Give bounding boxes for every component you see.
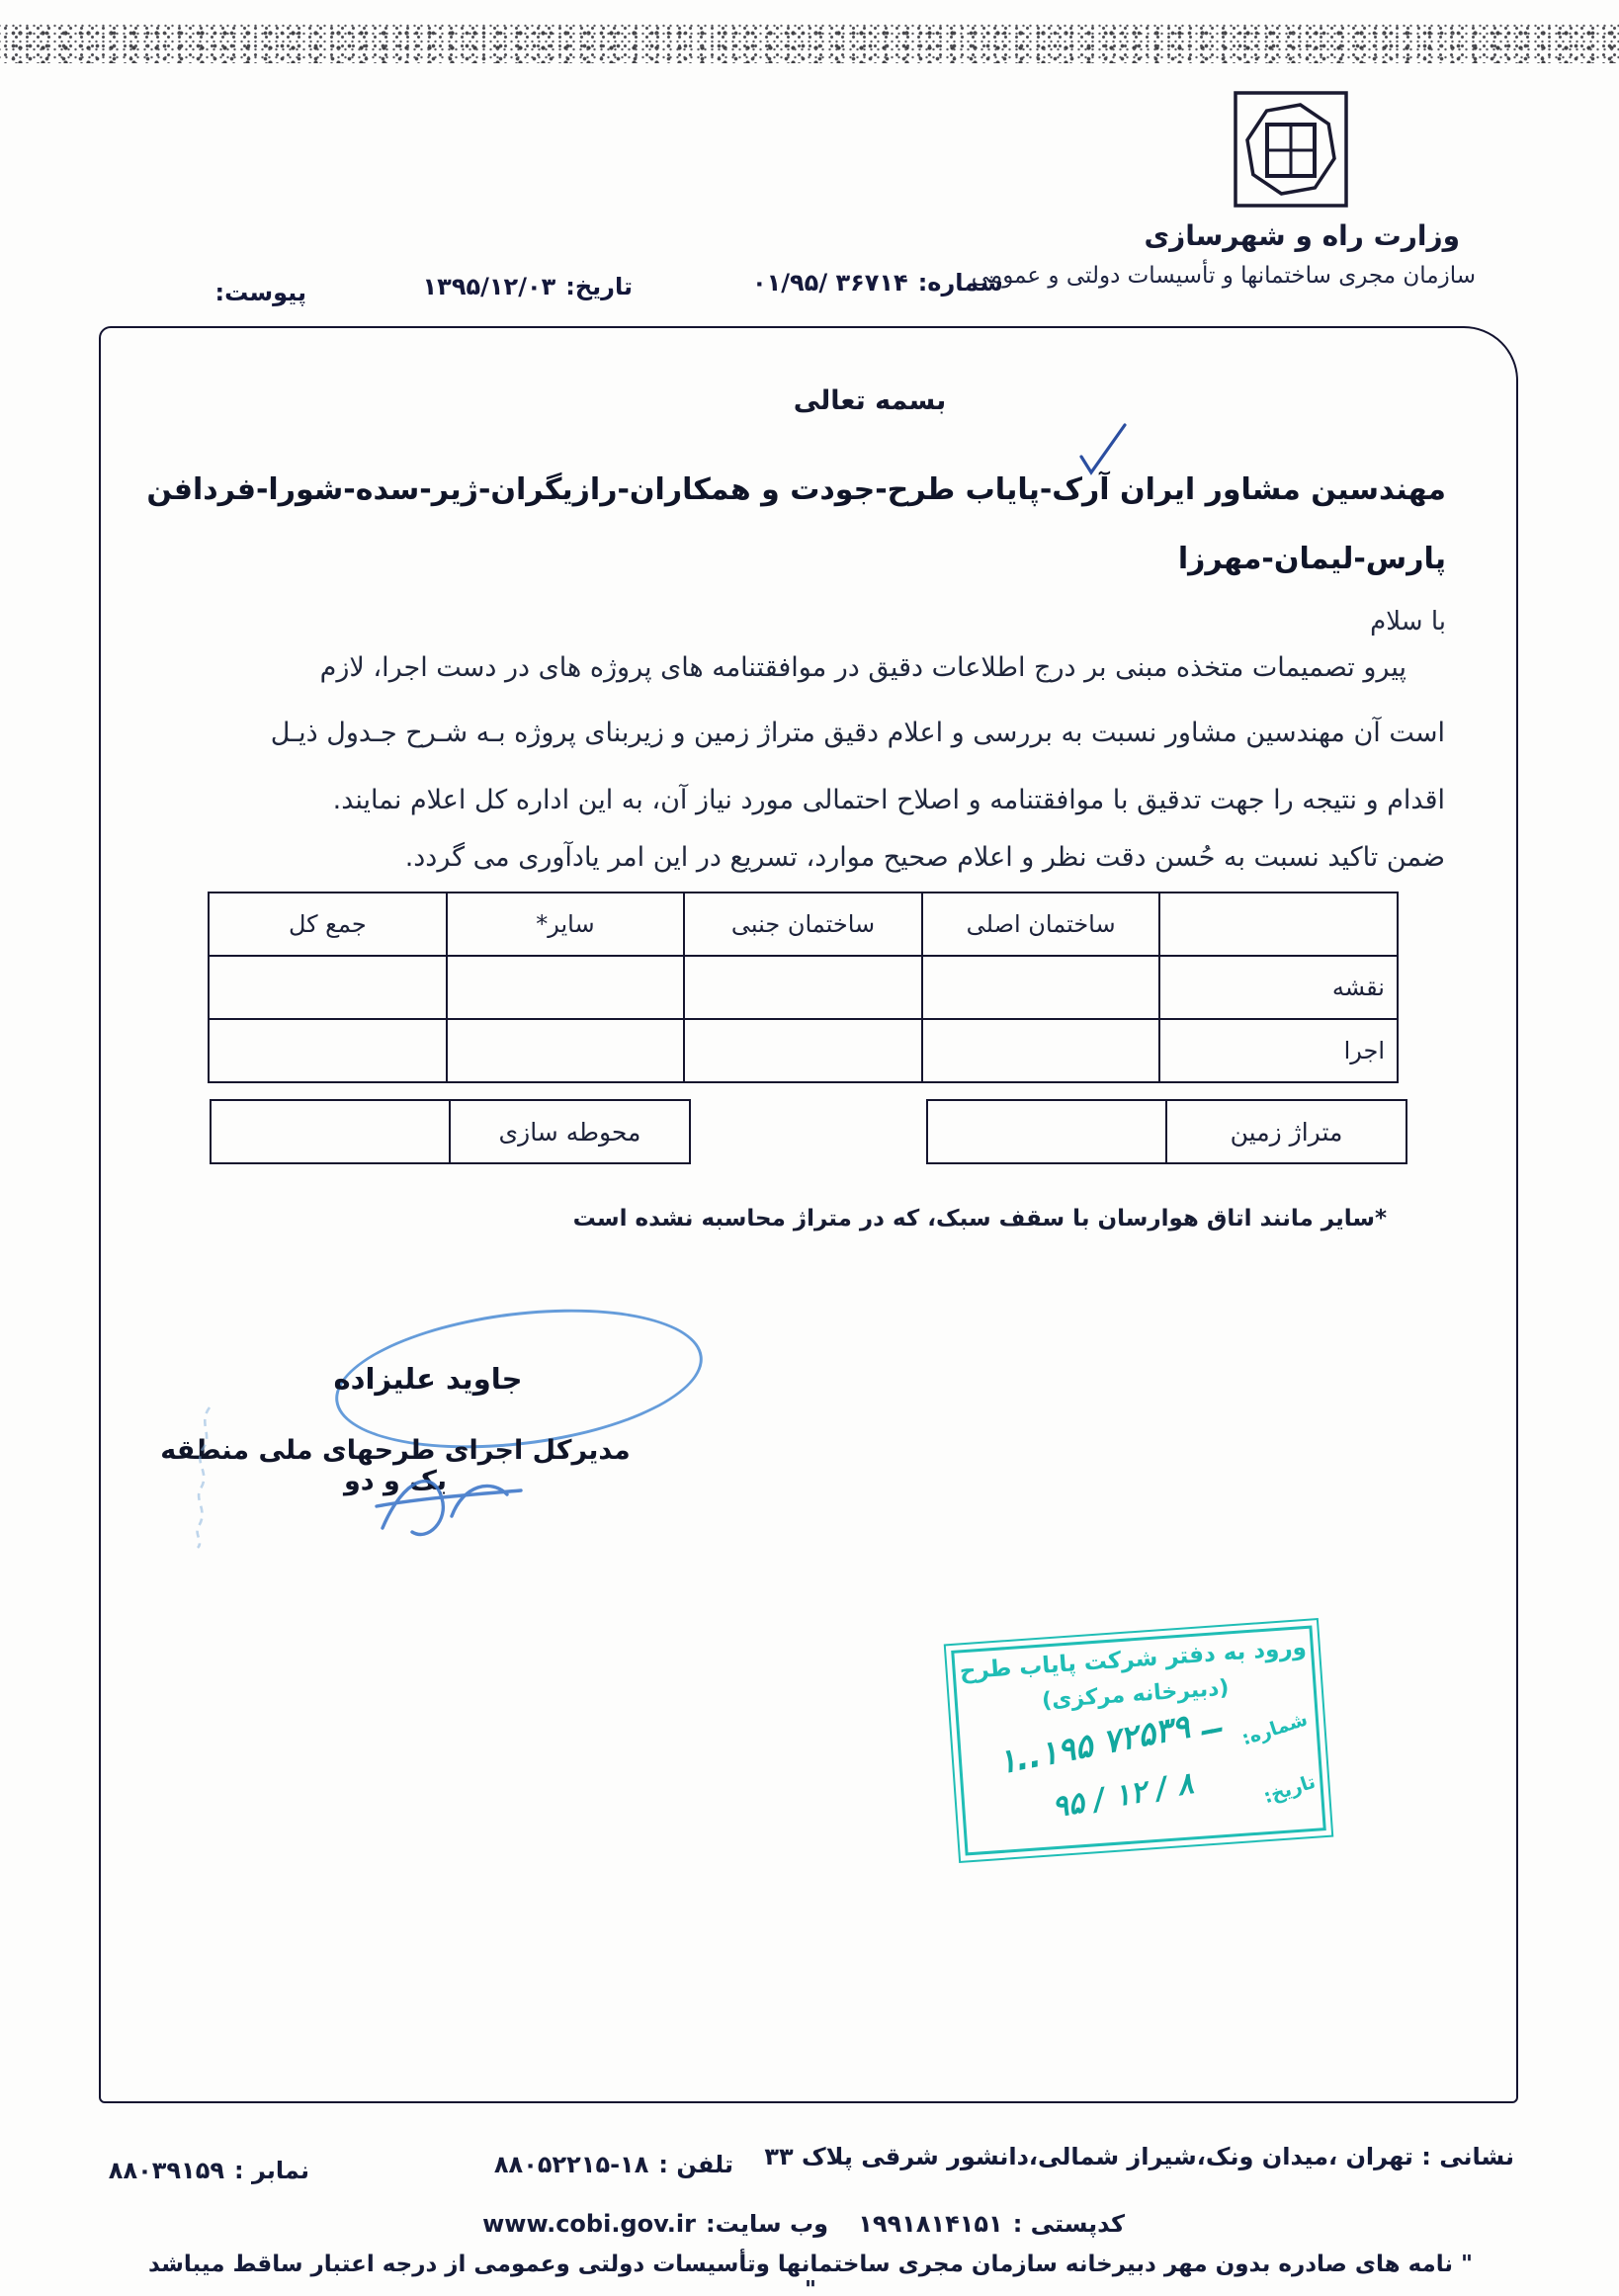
phone-value: ۸۸۰۵۲۲۱۵-۱۸ (494, 2151, 648, 2178)
footer-website: وب سایت: www.cobi.gov.ir (482, 2210, 828, 2238)
field-date: تاریخ: ۱۳۹۵/۱۲/۰۳ (423, 273, 633, 300)
number-label: شماره: (918, 269, 1003, 297)
header-other: سایر* (447, 893, 685, 956)
cell-plan-side (684, 956, 922, 1019)
number-value: ۰۱/۹۵/ ۳۶۷۱۴ (752, 269, 908, 297)
body-line-1: پیرو تصمیمات متخذه مبنی بر درج اطلاعات د… (320, 652, 1406, 683)
areas-table: ساختمان اصلی ساختمان جنبی سایر* جمع کل ن… (208, 892, 1399, 1083)
header-total: جمع کل (209, 893, 447, 956)
handwritten-signature-scribble (371, 1455, 529, 1559)
phone-label: تلفن : (658, 2151, 733, 2178)
address-text: نشانی : تهران ،میدان ونک،شیراز شمالی،دان… (764, 2143, 1514, 2170)
body-line-3: اقدام و نتیجه را جهت تدقیق با موافقتنامه… (333, 785, 1445, 815)
footnote: *سایر مانند اتاق هوارسان با سقف سبک، که … (573, 1206, 1387, 1232)
cell-exec-total (209, 1019, 447, 1082)
land-area-label: متراژ زمین (1165, 1101, 1406, 1162)
header-main-building: ساختمان اصلی (922, 893, 1160, 956)
header-empty-cell (1159, 893, 1398, 956)
land-area-box: متراژ زمین (926, 1099, 1407, 1164)
scanned-letter-page: وزارت راه و شهرسازی سازمان مجری ساختمانه… (0, 0, 1619, 2296)
website-url: www.cobi.gov.ir (482, 2210, 696, 2238)
landscaping-label: محوطه سازی (449, 1101, 689, 1162)
row-label-plan: نقشه (1159, 956, 1398, 1019)
table-row: اجرا (209, 1019, 1398, 1082)
body-line-4: ضمن تاکید نسبت به حُسن دقت نظر و اعلام ص… (405, 842, 1445, 873)
salutation: با سلام (1370, 607, 1446, 637)
attachment-label: پیوست: (215, 279, 306, 306)
ministry-logo (1234, 91, 1348, 208)
cell-exec-other (447, 1019, 685, 1082)
ministry-name: وزارت راه و شهرسازی (1144, 219, 1460, 252)
date-label: تاریخ: (565, 273, 633, 300)
postal-value: ۱۹۹۱۸۱۴۱۵۱ (858, 2210, 1002, 2238)
office-entry-stamp: ورود به دفتر شرکت پایاب طرح (دبیرخانه مر… (944, 1618, 1334, 1863)
signatory-name: جاوید علیزاده (314, 1362, 542, 1396)
cell-exec-side (684, 1019, 922, 1082)
landscaping-box: محوطه سازی (210, 1099, 691, 1164)
scanner-noise-band (0, 24, 1619, 63)
table-row: نقشه (209, 956, 1398, 1019)
table-header-row: ساختمان اصلی ساختمان جنبی سایر* جمع کل (209, 893, 1398, 956)
cell-exec-main (922, 1019, 1160, 1082)
octagon-window-emblem-icon (1234, 91, 1348, 208)
pen-checkmark-icon (1075, 421, 1131, 480)
field-number: شماره: ۰۱/۹۵/ ۳۶۷۱۴ (752, 269, 1003, 297)
fax-label: نمابر : (234, 2157, 309, 2184)
cell-plan-other (447, 956, 685, 1019)
date-value: ۱۳۹۵/۱۲/۰۳ (423, 273, 556, 300)
faint-pen-marks (186, 1402, 219, 1550)
postal-label: کدپستی : (1013, 2210, 1125, 2238)
body-line-2: است آن مهندسین مشاور نسبت به بررسی و اعل… (271, 718, 1445, 748)
footer-phone: تلفن : ۸۸۰۵۲۲۱۵-۱۸ (494, 2151, 733, 2178)
website-label: وب سایت: (706, 2210, 828, 2238)
footer-disclaimer: " نامه های صادره بدون مهر دبیرخانه سازما… (138, 2252, 1483, 2296)
footer-fax: نمابر : ۸۸۰۳۹۱۵۹ (109, 2157, 309, 2184)
row-label-execution: اجرا (1159, 1019, 1398, 1082)
fax-value: ۸۸۰۳۹۱۵۹ (109, 2157, 224, 2184)
footer-postal-code: کدپستی : ۱۹۹۱۸۱۴۱۵۱ (858, 2210, 1125, 2238)
footer-address: نشانی : تهران ،میدان ونک،شیراز شمالی،دان… (764, 2143, 1514, 2170)
besmeleh: بسمه تعالی (731, 385, 1008, 416)
land-area-value (928, 1101, 1165, 1162)
recipients-line2: پارس-لیمان-مهرزا (1178, 542, 1446, 576)
cell-plan-main (922, 956, 1160, 1019)
header-side-building: ساختمان جنبی (684, 893, 922, 956)
recipients-line1: مهندسین مشاور ایران آرک-پایاب طرح-جودت و… (146, 472, 1446, 507)
landscaping-value (212, 1101, 449, 1162)
field-attachment: پیوست: (215, 279, 306, 306)
cell-plan-total (209, 956, 447, 1019)
organization-name: سازمان مجری ساختمانها و تأسیسات دولتی و … (972, 263, 1476, 289)
